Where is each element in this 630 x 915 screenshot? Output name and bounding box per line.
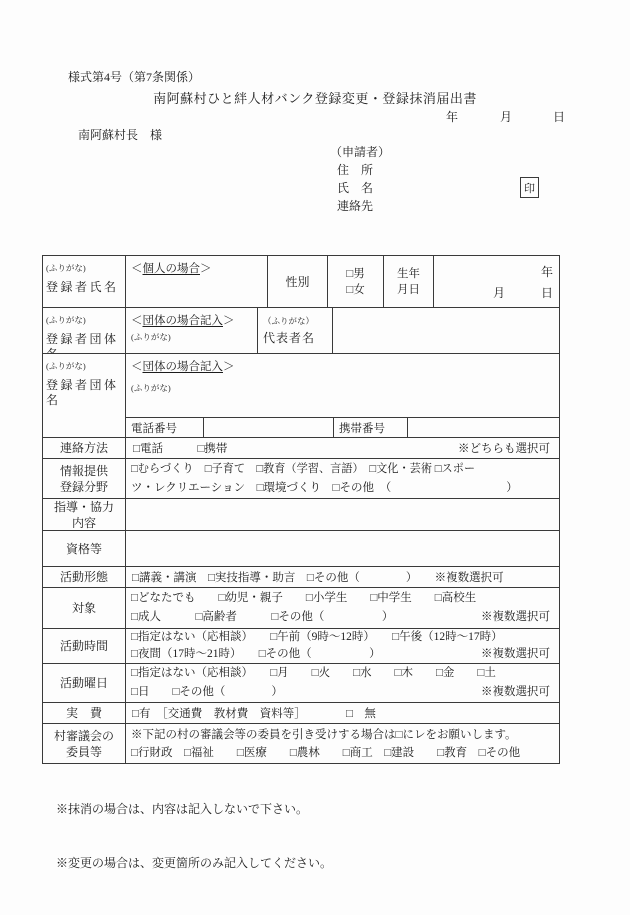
footer-note-2: ※変更の場合は、変更箇所のみ記入してください。 — [56, 854, 332, 872]
info-field-options: □むらづくり □子育て □教育（学習、言語） □文化・芸術 □スポー ツ・レクリ… — [126, 459, 559, 498]
guidance-label: 指導・協力 内容 — [43, 499, 126, 530]
gender-label-cell: 性別 — [268, 256, 328, 307]
contact-method-note: ※どちらも選択可 — [458, 440, 559, 456]
individual-case-note: 個人の場合 — [143, 263, 201, 275]
note-bracket-close: ＞ — [200, 263, 212, 275]
row-expense: 実 費 □有 ［交通費 教材費 資料等］ □ 無 — [43, 703, 559, 724]
representative-label: 代表者名 — [263, 329, 330, 346]
note-bracket-open: ＜ — [131, 361, 143, 373]
activity-day-line1: □指定はない（応相談） □月 □火 □水 □木 □金 □土 — [131, 664, 559, 683]
contact-label: 連絡先 — [337, 197, 373, 214]
registration-table: (ふりがな) 登録者氏名 ＜個人の場合＞ 性別 □男 □女 生年 月日 年 月 … — [42, 255, 560, 764]
expense-options: □有 ［交通費 教材費 資料等］ □ 無 — [126, 703, 559, 723]
birthdate-label-cell: 生年 月日 — [384, 256, 434, 307]
group-name-field-2: ＜団体の場合記入＞ (ふりがな) — [126, 354, 559, 417]
checkbox-female: □女 — [346, 282, 364, 298]
group-case-note: 団体の場合記入 — [143, 315, 224, 327]
row-info-field: 情報提供 登録分野 □むらづくり □子育て □教育（学習、言語） □文化・芸術 … — [43, 459, 559, 499]
activity-day-note: ※複数選択可 — [481, 683, 559, 702]
council-label-line1: 村審議会の — [54, 728, 114, 744]
activity-time-line2-options: □夜間（17時～21時） □その他（ ） — [131, 646, 381, 663]
target-label: 対象 — [43, 588, 126, 628]
furigana-caption: (ふりがな) — [131, 331, 253, 343]
representative-name-field — [333, 308, 559, 353]
checkbox-male: □男 — [346, 266, 364, 282]
group-case-note: 団体の場合記入 — [143, 361, 224, 373]
council-label: 村審議会の 委員等 — [43, 724, 126, 763]
addressee: 南阿蘇村長 様 — [78, 126, 162, 143]
target-line2-options: □成人 □高齢者 □その他（ ） — [131, 608, 393, 627]
birth-label-line2: 月日 — [397, 282, 420, 298]
activity-day-options: □指定はない（応相談） □月 □火 □水 □木 □金 □土 □日 □その他（ ）… — [126, 664, 559, 702]
group-name-right-column: ＜団体の場合記入＞ (ふりがな) 電話番号 携帯番号 — [126, 354, 559, 437]
address-label: 住 所 — [337, 161, 373, 178]
info-field-line1: □むらづくり □子育て □教育（学習、言語） □文化・芸術 □スポー — [131, 460, 559, 479]
row-target: 対象 □どなたでも □幼児・親子 □小学生 □中学生 □高校生 □成人 □高齢者… — [43, 588, 559, 629]
note-bracket-open: ＜ — [131, 263, 143, 275]
date-year-label: 年 — [446, 108, 458, 125]
activity-time-label: 活動時間 — [43, 629, 126, 663]
gender-options-cell: □男 □女 — [328, 256, 384, 307]
activity-time-note: ※複数選択可 — [481, 646, 559, 663]
footer-note-1: ※抹消の場合は、内容は記入しないで下さい。 — [56, 800, 332, 818]
date-month-label: 月 — [500, 108, 512, 125]
furigana-caption: (ふりがな) — [46, 312, 86, 328]
council-label-line2: 委員等 — [66, 744, 102, 760]
row-qualification: 資格等 — [43, 531, 559, 567]
furigana-caption: (ふりがな) — [46, 358, 86, 374]
row-activity-form: 活動形態 □講義・講演 □実技指導・助言 □その他（ ） ※複数選択可 — [43, 567, 559, 588]
row-activity-time: 活動時間 □指定はない（応相談） □午前（9時～12時） □午後（12時～17時… — [43, 629, 559, 664]
activity-day-line2-options: □日 □その他（ ） — [131, 683, 283, 702]
contact-method-label: 連絡方法 — [43, 438, 126, 458]
qualification-field — [126, 531, 559, 566]
registrant-name-field: ＜個人の場合＞ — [126, 256, 268, 307]
council-line2: □行財政 □福祉 □医療 □農林 □商工 □建設 □教育 □その他 — [131, 744, 559, 762]
mobile-label-cell: 携帯番号 — [334, 418, 408, 437]
contact-method-options: □電話 □携帯 ※どちらも選択可 — [126, 438, 559, 458]
form-number: 様式第4号（第7条関係） — [68, 68, 200, 85]
registrant-name-label-cell: (ふりがな) 登録者氏名 — [43, 256, 126, 307]
council-options: ※下記の村の審議会等の委員を引き受けする場合は□にレをお願いします。 □行財政 … — [126, 724, 559, 763]
note-bracket-open: ＜ — [131, 315, 143, 327]
form-page: 様式第4号（第7条関係） 南阿蘇村ひと絆人材バンク登録変更・登録抹消届出書 年 … — [0, 0, 630, 915]
birthdate-field: 年 月 日 — [434, 256, 559, 307]
note-bracket-close: ＞ — [223, 361, 235, 373]
info-field-label: 情報提供 登録分野 — [43, 459, 126, 498]
info-field-line2: ツ・レクリエーション □環境づくり □その他 （ ） — [131, 479, 559, 498]
birth-label-line1: 生年 — [397, 266, 420, 282]
applicant-label: （申請者） — [330, 143, 390, 160]
seal-box: 印 — [520, 177, 539, 198]
representative-label-cell: （ふりがな） 代表者名 — [258, 308, 333, 353]
birth-year-label: 年 — [541, 263, 553, 280]
name-label: 氏 名 — [337, 179, 373, 196]
target-note: ※複数選択可 — [481, 608, 559, 627]
mobile-number-field — [408, 418, 559, 437]
group-name-field: ＜団体の場合記入＞ (ふりがな) — [126, 308, 258, 353]
qualification-label: 資格等 — [43, 531, 126, 566]
activity-time-line1: □指定はない（応相談） □午前（9時～12時） □午後（12時～17時） — [131, 629, 559, 646]
activity-form-label: 活動形態 — [43, 567, 126, 587]
activity-day-label: 活動曜日 — [43, 664, 126, 702]
furigana-caption: （ふりがな） — [263, 315, 330, 327]
row-group-name-2: (ふりがな) 登録者団体名 ＜団体の場合記入＞ (ふりがな) 電話番号 携帯番号 — [43, 354, 559, 438]
phone-number-field — [204, 418, 334, 437]
group-name-label-2: 登録者団体名 — [46, 378, 122, 408]
guidance-label-line2: 内容 — [72, 515, 96, 531]
row-group-name-1: (ふりがな) 登録者団体名 ＜団体の場合記入＞ (ふりがな) （ふりがな） 代表… — [43, 308, 559, 354]
guidance-field — [126, 499, 559, 530]
form-title: 南阿蘇村ひと絆人材バンク登録変更・登録抹消届出書 — [0, 88, 630, 107]
group-name-label-cell: (ふりがな) 登録者団体名 — [43, 308, 126, 353]
contact-method-checkboxes: □電話 □携帯 — [126, 440, 227, 456]
row-registrant-name: (ふりがな) 登録者氏名 ＜個人の場合＞ 性別 □男 □女 生年 月日 年 月 … — [43, 256, 559, 308]
target-line1: □どなたでも □幼児・親子 □小学生 □中学生 □高校生 — [131, 589, 559, 608]
phone-label-cell: 電話番号 — [126, 418, 204, 437]
expense-label: 実 費 — [43, 703, 126, 723]
group-name-label-cell-2: (ふりがな) 登録者団体名 — [43, 354, 126, 437]
activity-day-line2: □日 □その他（ ） ※複数選択可 — [131, 683, 559, 702]
birth-month-day-label: 月 日 — [493, 284, 553, 301]
phone-sub-row: 電話番号 携帯番号 — [126, 417, 559, 437]
footer-notes: ※抹消の場合は、内容は記入しないで下さい。 ※変更の場合は、変更箇所のみ記入して… — [56, 764, 332, 908]
row-contact-method: 連絡方法 □電話 □携帯 ※どちらも選択可 — [43, 438, 559, 459]
guidance-label-line1: 指導・協力 — [54, 499, 114, 515]
council-line1: ※下記の村の審議会等の委員を引き受けする場合は□にレをお願いします。 — [131, 726, 559, 744]
furigana-caption: (ふりがな) — [131, 382, 555, 394]
row-council: 村審議会の 委員等 ※下記の村の審議会等の委員を引き受けする場合は□にレをお願い… — [43, 724, 559, 763]
target-options: □どなたでも □幼児・親子 □小学生 □中学生 □高校生 □成人 □高齢者 □そ… — [126, 588, 559, 628]
activity-time-options: □指定はない（応相談） □午前（9時～12時） □午後（12時～17時） □夜間… — [126, 629, 559, 663]
registrant-name-label: 登録者氏名 — [46, 280, 119, 295]
activity-time-line2: □夜間（17時～21時） □その他（ ） ※複数選択可 — [131, 646, 559, 663]
date-day-label: 日 — [553, 108, 565, 125]
group-name-label: 登録者団体名 — [46, 332, 122, 353]
info-field-label-line2: 登録分野 — [60, 479, 108, 495]
row-activity-day: 活動曜日 □指定はない（応相談） □月 □火 □水 □木 □金 □土 □日 □そ… — [43, 664, 559, 703]
activity-form-options: □講義・講演 □実技指導・助言 □その他（ ） ※複数選択可 — [126, 567, 559, 587]
row-guidance: 指導・協力 内容 — [43, 499, 559, 531]
target-line2: □成人 □高齢者 □その他（ ） ※複数選択可 — [131, 608, 559, 627]
note-bracket-close: ＞ — [223, 315, 235, 327]
furigana-caption: (ふりがな) — [46, 260, 86, 276]
info-field-label-line1: 情報提供 — [60, 463, 108, 479]
